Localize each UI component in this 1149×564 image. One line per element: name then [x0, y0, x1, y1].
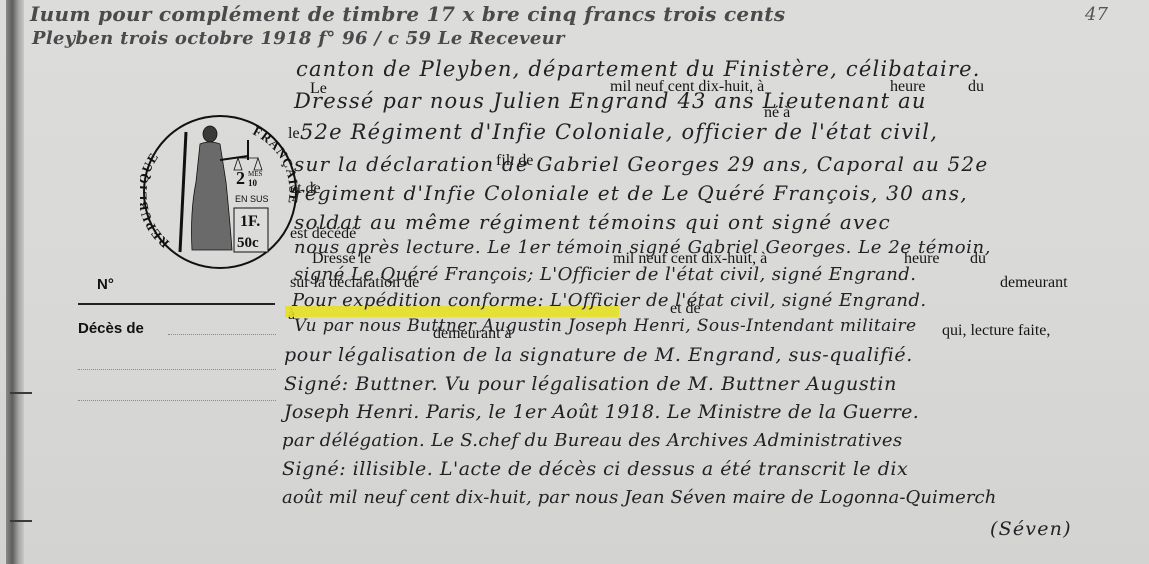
stamp-decimes-number: 2: [236, 168, 245, 188]
handwritten-line-6: soldat au même régiment témoins qui ont …: [294, 210, 891, 234]
handwritten-line-14: par délégation. Le S.chef du Bureau des …: [282, 430, 902, 451]
handwritten-line-10: Vu par nous Buttner Augustin Joseph Henr…: [294, 316, 917, 336]
form-label-le-2: le: [288, 125, 300, 143]
handwritten-line-15: Signé: illisible. L'acte de décès ci des…: [282, 458, 908, 480]
handwritten-line-12: Signé: Buttner. Vu pour légalisation de …: [284, 373, 897, 395]
stamp-value-cents: 50c: [237, 235, 259, 251]
deces-dotted-line-2: [78, 369, 276, 370]
number-label: N°: [97, 276, 114, 293]
handwritten-line-4: sur la déclaration de Gabriel Georges 29…: [294, 152, 988, 176]
number-underline: [78, 303, 275, 305]
deces-dotted-line: [168, 334, 276, 335]
book-binding: [6, 0, 24, 564]
fiscal-stamp-icon: REPUBLIQUE FRANÇAISE 2 MES 10 EN SUS 1F.…: [140, 112, 300, 272]
stamp-decimes-bottom: 10: [248, 178, 258, 188]
handwritten-line-3: 52e Régiment d'Infie Coloniale, officier…: [300, 120, 938, 144]
binding-stitch: [10, 520, 32, 522]
handwritten-line-2: Dressé par nous Julien Engrand 43 ans Li…: [294, 89, 927, 113]
document-page: Iuum pour complément de timbre 17 x bre …: [0, 0, 1149, 564]
stamp-text-left: REPUBLIQUE: [140, 149, 172, 251]
svg-text:REPUBLIQUE: REPUBLIQUE: [140, 149, 172, 251]
marginal-note-line-2: Pleyben trois octobre 1918 f° 96 / c 59 …: [32, 28, 565, 49]
binding-stitch: [10, 392, 32, 394]
form-label-qui-lecture: qui, lecture faite,: [942, 322, 1050, 340]
page-number: 47: [1085, 4, 1108, 25]
stamp-value-francs: 1F.: [240, 213, 260, 230]
mayor-signature: (Séven): [990, 518, 1072, 540]
deces-dotted-line-3: [78, 400, 276, 401]
marginal-note-line-1: Iuum pour complément de timbre 17 x bre …: [30, 2, 785, 26]
handwritten-line-8: signé Le Quéré François; L'Officier de l…: [294, 264, 916, 285]
stamp-decimes-top: MES: [248, 170, 263, 178]
handwritten-line-1: canton de Pleyben, département du Finist…: [296, 57, 981, 81]
handwritten-line-13: Joseph Henri. Paris, le 1er Août 1918. L…: [284, 401, 919, 423]
deces-de-label: Décès de: [78, 320, 144, 337]
handwritten-line-11: pour légalisation de la signature de M. …: [284, 344, 913, 366]
handwritten-line-16: août mil neuf cent dix-huit, par nous Je…: [282, 487, 996, 508]
stamp-en-sus: EN SUS: [235, 194, 269, 204]
handwritten-line-9: Pour expédition conforme: L'Officier de …: [292, 290, 926, 311]
form-label-demeurant-1: demeurant: [1000, 274, 1068, 292]
handwritten-line-5: régiment d'Infie Coloniale et de Le Quér…: [294, 181, 968, 205]
handwritten-line-7: nous après lecture. Le 1er témoin signé …: [294, 237, 991, 258]
